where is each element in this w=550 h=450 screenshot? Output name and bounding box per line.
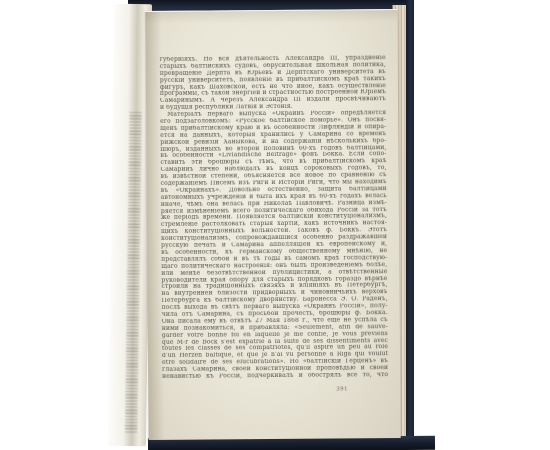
book-photo: губерніяхъ. Но вся дѣятельность Александ… xyxy=(0,0,550,450)
page-text: губерніяхъ. Но вся дѣятельность Александ… xyxy=(160,55,389,381)
book-cover-right-edge xyxy=(406,0,414,445)
text-line: ненавистью къ Россіи, подчеркивалъ и обо… xyxy=(162,372,388,381)
left-page-text-smudge xyxy=(125,112,141,434)
right-page: губерніяхъ. Но вся дѣятельность Александ… xyxy=(145,9,400,440)
page-number: 391 xyxy=(336,386,348,392)
